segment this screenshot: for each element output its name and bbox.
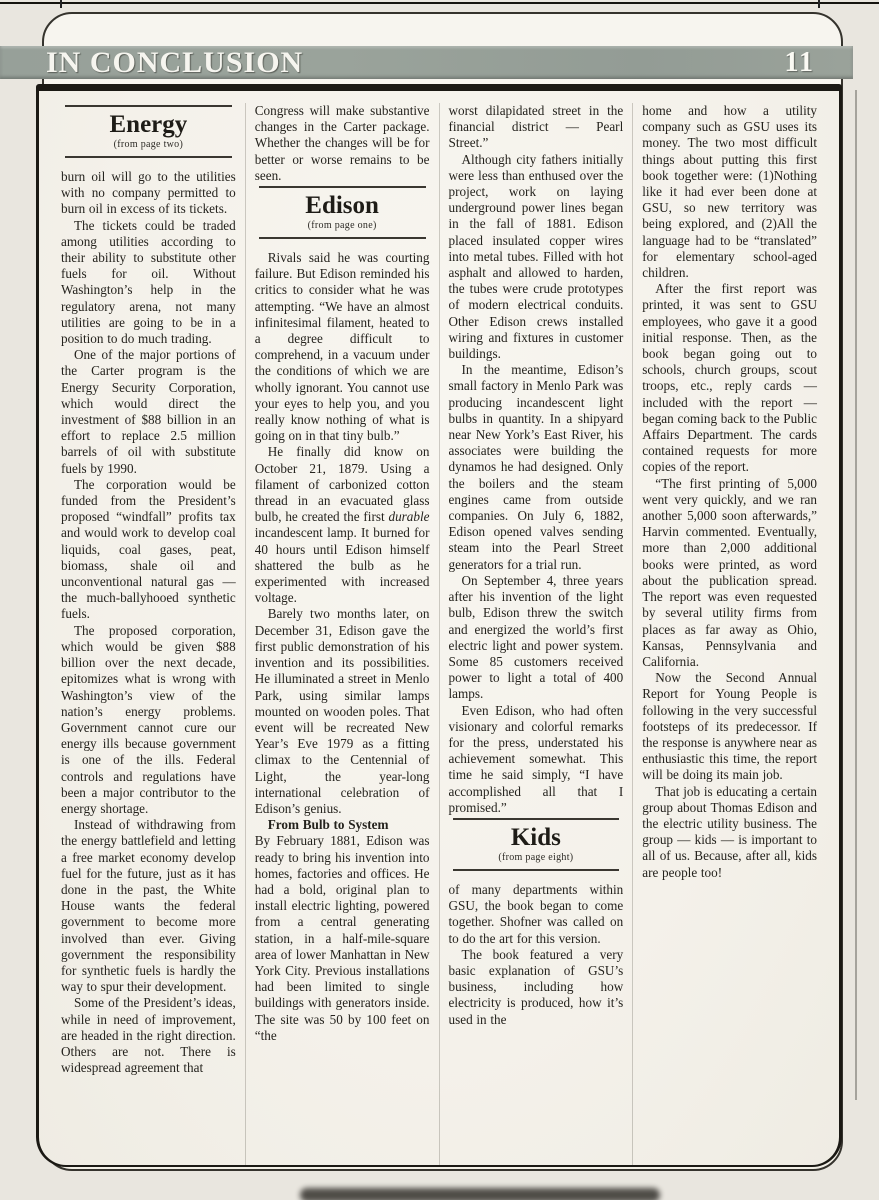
paragraph: That job is educating a certain group ab… (642, 784, 817, 881)
section-subtitle: (from page eight) (453, 852, 620, 863)
section-subtitle: (from page one) (259, 220, 426, 231)
section-heading-energy: Energy(from page two) (65, 105, 232, 158)
heading-rule (259, 237, 426, 239)
column-3: worst dilapidated street in the financia… (440, 103, 634, 1165)
paragraph: of many departments within GSU, the book… (449, 882, 624, 947)
paragraph: Barely two months later, on December 31,… (255, 606, 430, 817)
paragraph: Some of the President’s ideas, while in … (61, 995, 236, 1076)
page-top-rule (0, 2, 879, 4)
heading-rule (259, 186, 426, 188)
paragraph: Rivals said he was courting failure. But… (255, 250, 430, 444)
page-number: 11 (785, 47, 815, 79)
paragraph: burn oil will go to the utilities with n… (61, 169, 236, 218)
paragraph: After the first report was printed, it w… (642, 281, 817, 475)
heading-rule (453, 818, 620, 820)
paragraph: In the meantime, Edison’s small factory … (449, 362, 624, 573)
section-title: Energy (65, 111, 232, 138)
paragraph: The tickets could be traded among utilit… (61, 218, 236, 348)
paragraph: “The first printing of 5,000 went very q… (642, 476, 817, 670)
section-heading-kids: Kids(from page eight) (453, 818, 620, 871)
paragraph: The corporation would be funded from the… (61, 477, 236, 623)
column-2: Congress will make substantive changes i… (246, 103, 440, 1165)
heading-rule (65, 156, 232, 158)
heading-rule (65, 105, 232, 107)
paragraph: worst dilapidated street in the financia… (449, 103, 624, 152)
section-subtitle: (from page two) (65, 139, 232, 150)
section-header-bar: IN CONCLUSION 11 (0, 46, 853, 79)
registration-tick-right (818, 0, 820, 8)
paragraph: He finally did know on October 21, 1879.… (255, 444, 430, 606)
page-title: IN CONCLUSION (46, 46, 303, 80)
paragraph: The book featured a very basic explanati… (449, 947, 624, 1028)
registration-tick-left (60, 0, 62, 8)
scan-smudge-bottom (300, 1188, 660, 1200)
paragraph: home and how a utility company such as G… (642, 103, 817, 281)
paragraph: Even Edison, who had often visionary and… (449, 703, 624, 816)
column-4: home and how a utility company such as G… (633, 103, 826, 1165)
heading-rule (453, 869, 620, 871)
paragraph: By February 1881, Edison was ready to br… (255, 833, 430, 1044)
paragraph: On September 4, three years after his in… (449, 573, 624, 703)
paragraph: Congress will make substantive changes i… (255, 103, 430, 184)
section-title: Edison (259, 192, 426, 219)
paragraph: Although city fathers initially were les… (449, 152, 624, 363)
section-title: Kids (453, 824, 620, 851)
paragraph: Now the Second Annual Report for Young P… (642, 670, 817, 783)
story-subhead: From Bulb to System (255, 817, 430, 833)
paragraph: One of the major portions of the Carter … (61, 347, 236, 477)
section-heading-edison: Edison(from page one) (259, 186, 426, 239)
column-1: Energy(from page two)burn oil will go to… (52, 103, 246, 1165)
column-layout: Energy(from page two)burn oil will go to… (52, 103, 826, 1165)
paragraph: Instead of withdrawing from the energy b… (61, 817, 236, 995)
article-content-box: Energy(from page two)burn oil will go to… (36, 84, 842, 1167)
scan-edge-shadow (855, 90, 857, 1100)
paragraph: The proposed corporation, which would be… (61, 623, 236, 817)
